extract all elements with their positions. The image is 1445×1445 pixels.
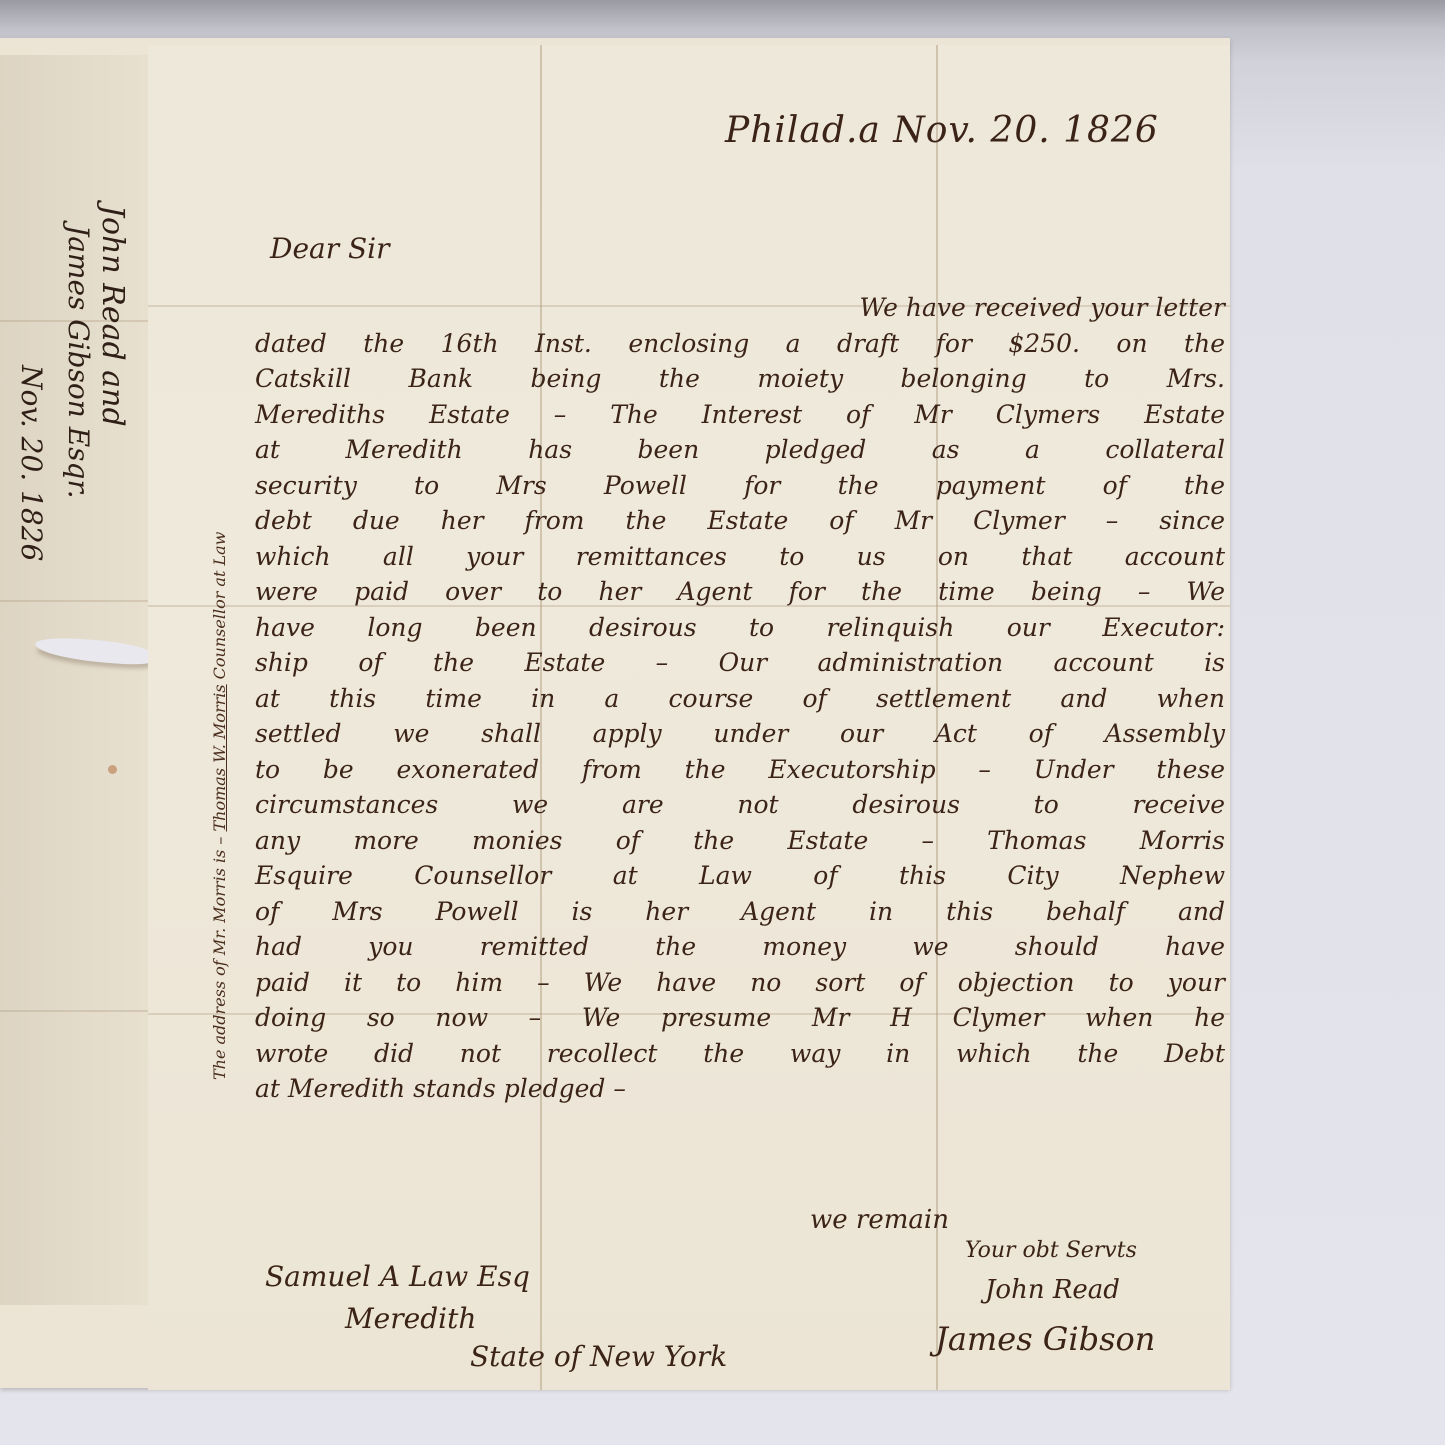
body-line: were paid over to her Agent for the time… bbox=[255, 574, 1225, 610]
body-line: of Mrs Powell is her Agent in this behal… bbox=[255, 894, 1225, 930]
body-line: at this time in a course of settlement a… bbox=[255, 681, 1225, 717]
paper-tear bbox=[34, 636, 155, 666]
body-line: debt due her from the Estate of Mr Clyme… bbox=[255, 503, 1225, 539]
addressee-place: Meredith bbox=[345, 1302, 476, 1335]
body-line: Merediths Estate – The Interest of Mr Cl… bbox=[255, 397, 1225, 433]
docket-date: Nov. 20. 1826 bbox=[15, 365, 48, 561]
dateline: Philad.a Nov. 20. 1826 bbox=[725, 110, 1159, 151]
salutation: Dear Sir bbox=[270, 232, 390, 265]
closing-remain: we remain bbox=[810, 1205, 949, 1235]
body-line: paid it to him – We have no sort of obje… bbox=[255, 965, 1225, 1001]
signature-james-gibson: James Gibson bbox=[935, 1320, 1155, 1358]
fold-line bbox=[0, 1010, 148, 1012]
body-line: wrote did not recollect the way in which… bbox=[255, 1036, 1225, 1072]
margin-note-name: Thomas W. Morris bbox=[210, 684, 229, 831]
body-line: settled we shall apply under our Act of … bbox=[255, 716, 1225, 752]
docket-line-2: James Gibson Esqr. bbox=[62, 225, 95, 499]
fold-line bbox=[0, 600, 148, 602]
body-line: ship of the Estate – Our administration … bbox=[255, 645, 1225, 681]
margin-note-prefix: The address of Mr. Morris is – bbox=[210, 837, 229, 1080]
docket-line-1: John Read and bbox=[95, 205, 130, 427]
body-line: Esquire Counsellor at Law of this City N… bbox=[255, 858, 1225, 894]
margin-note-suffix: Counsellor at Law bbox=[210, 532, 229, 680]
addressee-name: Samuel A Law Esq bbox=[265, 1260, 530, 1293]
body-line: had you remitted the money we should hav… bbox=[255, 929, 1225, 965]
closing-servants: Your obt Servts bbox=[965, 1238, 1137, 1263]
body-line: We have received your letter bbox=[255, 290, 1225, 326]
body-line: which all your remittances to us on that… bbox=[255, 539, 1225, 575]
margin-note: The address of Mr. Morris is – Thomas W.… bbox=[210, 532, 229, 1080]
body-line: dated the 16th Inst. enclosing a draft f… bbox=[255, 326, 1225, 362]
body-line: have long been desirous to relinquish ou… bbox=[255, 610, 1225, 646]
ink-stain bbox=[108, 765, 117, 774]
body-line: security to Mrs Powell for the payment o… bbox=[255, 468, 1225, 504]
body-line: to be exonerated from the Executorship –… bbox=[255, 752, 1225, 788]
body-line: at Meredith has been pledged as a collat… bbox=[255, 432, 1225, 468]
body-line: circumstances we are not desirous to rec… bbox=[255, 787, 1225, 823]
body-line: at Meredith stands pledged – bbox=[255, 1071, 1225, 1107]
addressee-state: State of New York bbox=[470, 1340, 727, 1373]
letter-body: We have received your letter dated the 1… bbox=[255, 290, 1225, 1107]
body-line: Catskill Bank being the moiety belonging… bbox=[255, 361, 1225, 397]
signature-john-read: John Read bbox=[985, 1275, 1120, 1305]
body-line: any more monies of the Estate – Thomas M… bbox=[255, 823, 1225, 859]
body-line: doing so now – We presume Mr H Clymer wh… bbox=[255, 1000, 1225, 1036]
